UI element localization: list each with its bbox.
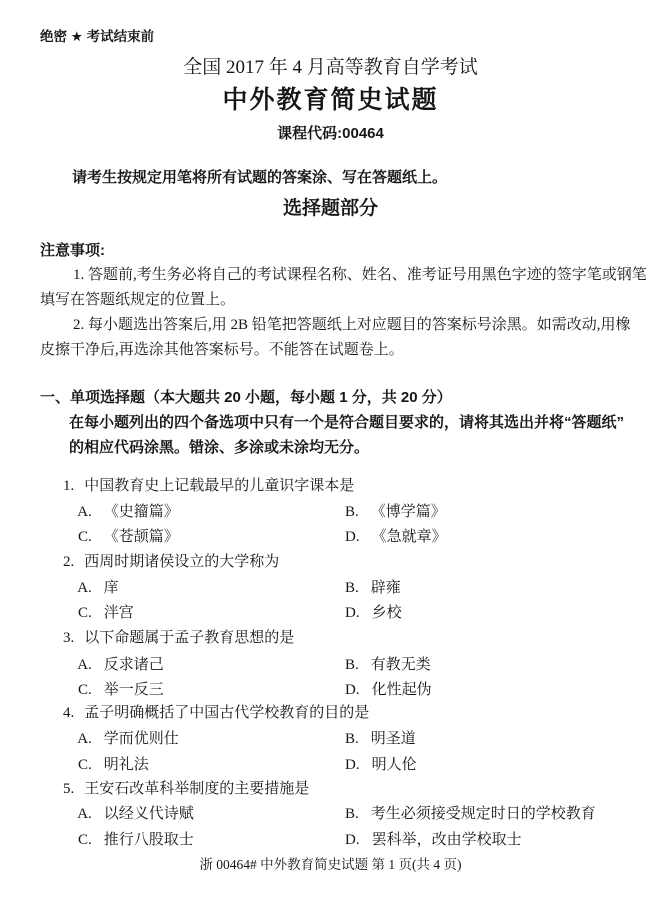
option-label: C. (78, 832, 92, 848)
option-text: 《急就章》 (372, 529, 447, 545)
option-text: 罢科举，改由学校取士 (372, 832, 522, 848)
question-4-option-d: D.明人伦 (330, 740, 417, 792)
section-part-title: 选择题部分 (0, 198, 661, 220)
notice-item-1-line-1: 1. 答题前,考生务必将自己的考试课程名称、姓名、准考证号用黑色字迹的签字笔或钢… (73, 267, 647, 284)
exam-title: 全国 2017 年 4 月高等教育自学考试 (0, 57, 661, 79)
option-text: 乡校 (372, 605, 402, 621)
notice-item-2-line-2: 皮擦干净后,再选涂其他答案标号。不能答在试题卷上。 (40, 342, 404, 359)
classification-label: 绝密 ★ 考试结束前 (40, 29, 154, 45)
question-2-option-d: D.乡校 (330, 588, 402, 640)
section-1-subheading-line-1: 在每小题列出的四个备选项中只有一个是符合题目要求的，请将其选出并将“答题纸” (69, 414, 624, 431)
notice-item-2-line-1: 2. 每小题选出答案后,用 2B 铅笔把答题纸上对应题目的答案标号涂黑。如需改动… (73, 317, 631, 334)
section-1-heading: 一、单项选择题（本大题共 20 小题，每小题 1 分，共 20 分） (40, 389, 452, 406)
option-text: 化性起伪 (372, 682, 432, 698)
answer-sheet-instruction: 请考生按规定用笔将所有试题的答案涂、写在答题纸上。 (72, 169, 447, 186)
notice-item-1-line-2: 填写在答题纸规定的位置上。 (40, 292, 235, 309)
page-footer: 浙 00464# 中外教育简史试题 第 1 页(共 4 页) (0, 857, 661, 873)
option-label: D. (345, 605, 360, 621)
question-1-option-d: D.《急就章》 (330, 512, 447, 564)
notice-heading: 注意事项: (40, 242, 105, 259)
section-1-subheading-line-2: 的相应代码涂黑。错涂、多涂或未涂均无分。 (69, 439, 369, 456)
option-label: D. (345, 529, 360, 545)
option-label: D. (345, 757, 360, 773)
exam-paper-page-1: 绝密 ★ 考试结束前 全国 2017 年 4 月高等教育自学考试 中外教育简史试… (0, 0, 661, 919)
paper-title: 中外教育简史试题 (0, 86, 661, 115)
course-code: 课程代码:00464 (0, 125, 661, 142)
option-text: 推行八股取士 (104, 832, 194, 848)
option-label: D. (345, 832, 360, 848)
option-text: 明人伦 (372, 757, 417, 773)
